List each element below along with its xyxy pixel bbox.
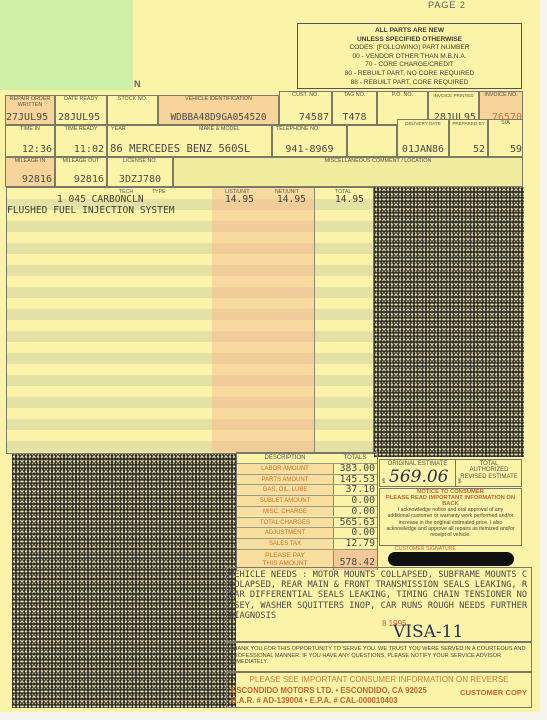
notice-to-consumer: NOTICE TO CONSUMER PLEASE READ IMPORTANT…: [379, 488, 522, 546]
thank-you-note: THANK YOU FOR THIS OPPORTUNITY TO SERVE …: [226, 642, 532, 672]
vehicle-identification-field: VEHICLE IDENTIFICATION WDBBA48D9GA054520: [158, 95, 279, 125]
handwritten-payment-note: VISA-11: [393, 622, 463, 642]
repair-order-written-field: REPAIR ORDER WRITTEN 27JUL95: [5, 95, 55, 125]
date-ready-field: DATE READY 28JUL95: [55, 95, 107, 125]
delivery-date-field: DELIVERY DATE 01JAN86: [397, 119, 449, 157]
line-item-code: 1 045 CARBONCLN: [57, 194, 144, 205]
totals-table: DESCRIPTION TOTALS LABOR AMOUNT383.00 PA…: [236, 452, 378, 570]
line-item-total: 14.95: [335, 194, 364, 205]
page-number: PAGE 2: [428, 0, 466, 10]
totals-row-sales-tax: SALES TAX12.79: [237, 538, 377, 549]
invoice-page: PAGE 2 N ALL PARTS ARE NEW UNLESS SPECIF…: [0, 0, 540, 712]
mileage-out-field: MILEAGE OUT 92816: [55, 157, 107, 187]
totals-row-sublet: SUBLET AMOUNT0.00: [237, 495, 377, 506]
misc-comment-field: MISCELLANEOUS COMMENT / LOCATION: [173, 157, 523, 187]
parts-codes-box: ALL PARTS ARE NEW UNLESS SPECIFIED OTHER…: [297, 23, 522, 89]
codes-line: CODES: (FOLLOWING) PART NUMBER: [298, 44, 521, 53]
line-item-description: FLUSHED FUEL INJECTION SYSTEM: [7, 205, 175, 216]
redacted-signature: [388, 552, 514, 566]
price-column: [212, 188, 315, 453]
totals-row-total-charges: TOTAL CHARGES565.63: [237, 517, 377, 528]
estimate-box: ORIGINAL ESTIMATE $ TOTAL AUTHORIZED REV…: [379, 459, 522, 487]
codes-line: 00 - VENDOR OTHER THAN M.B.N.A.: [298, 53, 521, 62]
blank-field: [347, 125, 397, 157]
sa-field: S/A 59: [488, 119, 523, 157]
obscured-region-right: [374, 187, 524, 457]
time-ready-field: TIME READY 11:02: [55, 125, 107, 157]
line-item-net-unit: 14.95: [277, 194, 306, 205]
totals-row-parts: PARTS AMOUNT145.53: [237, 474, 377, 485]
totals-row-misc: MISC. CHARGE0.00: [237, 506, 377, 517]
codes-line: 70 - CORE CHARGE/CREDIT: [298, 61, 521, 70]
vehicle-needs-text: VEHICLE NEEDS : MOTOR MOUNTS COLLAPSED, …: [229, 570, 529, 621]
codes-line: ALL PARTS ARE NEW: [298, 27, 521, 36]
copy-label: CUSTOMER COPY: [460, 688, 527, 697]
totals-row-labor: LABOR AMOUNT383.00: [237, 463, 377, 474]
green-tab: [0, 0, 133, 90]
line-items-area: TECH TYPE LIST/UNIT NET/UNIT TOTAL 1 045…: [6, 187, 374, 454]
dealer-name: ESCONDIDO MOTORS LTD. • ESCONDIDO, CA 92…: [231, 686, 427, 696]
mileage-in-field: MILEAGE IN 92816: [5, 157, 55, 187]
totals-row-gas-oil-lube: GAS, OIL, LUBE37.10: [237, 484, 377, 495]
make-model-field: YEAR MAKE & MODEL 86 MERCEDES BENZ 560SL: [107, 125, 272, 157]
time-in-field: TIME IN 12:36: [5, 125, 55, 157]
totals-row-adjustment: ADJUSTMENT0.00: [237, 527, 377, 538]
codes-line: 88 - REBUILT PART, CORE REQUIRED: [298, 79, 521, 88]
dealer-footer: PLEASE SEE IMPORTANT CONSUMER INFORMATIO…: [226, 672, 532, 708]
codes-line: 80 - REBUILT PART, NO CORE REQUIRED: [298, 70, 521, 79]
license-no-field: LICENSE NO. 3DZJ780: [107, 157, 173, 187]
cust-no-field: CUST. NO. 74587: [279, 91, 332, 125]
obscured-region-left: [12, 454, 236, 708]
prepared-by-field: PREPARED BY 52: [449, 119, 488, 157]
dealer-registration: B.A.R. # AD-139004 • E.P.A. # CAL-000010…: [231, 696, 427, 706]
codes-line: UNLESS SPECIFIED OTHERWISE: [298, 36, 521, 45]
tag-no-field: TAG NO. T478: [332, 91, 377, 125]
corner-mark: N: [134, 79, 141, 89]
original-estimate-handwritten: 569.06: [389, 467, 448, 487]
vehicle-needs-box: VEHICLE NEEDS : MOTOR MOUNTS COLLAPSED, …: [226, 567, 532, 642]
stock-no-field: STOCK NO.: [107, 95, 158, 125]
line-item-list-unit: 14.95: [225, 194, 254, 205]
telephone-no-field: TELEPHONE NO. 941-8969: [272, 125, 347, 157]
